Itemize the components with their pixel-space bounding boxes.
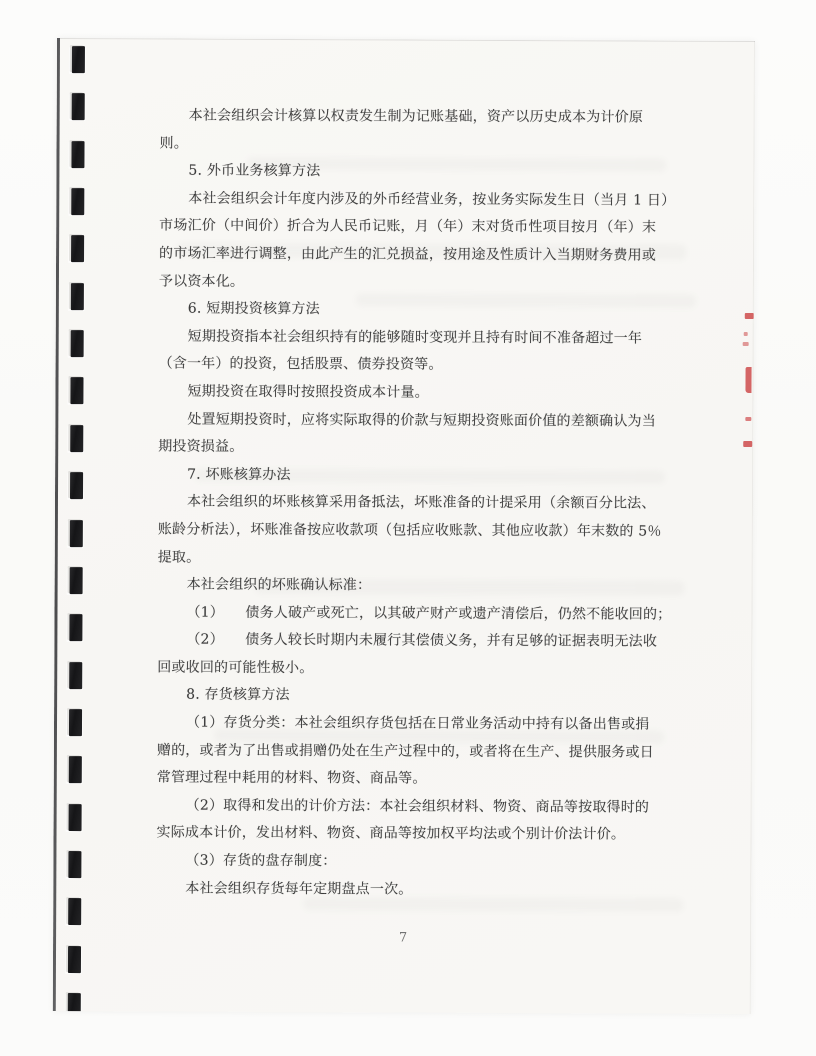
text-line: 的市场汇率进行调整，由此产生的汇兑损益，按用途及性质计入当期财务费用或: [159, 240, 653, 270]
binding-hole: [70, 425, 83, 452]
page-right-edge: [750, 41, 755, 1014]
binding-hole: [71, 235, 84, 262]
seal-mark: [744, 332, 748, 336]
binding-hole: [70, 472, 83, 499]
binding-hole: [72, 93, 85, 120]
binding-hole: [70, 567, 83, 594]
text-line: 市场汇价（中间价）折合为人民币记账，月（年）末对货币性项目按月（年）末: [159, 213, 653, 243]
binding-hole: [69, 614, 82, 641]
text-line: （1）存货分类：本社会组织存货包括在日常业务活动中持有以备出售或捐: [157, 710, 651, 740]
text-line: （含一年）的投资，包括股票、债券投资等。: [159, 351, 653, 381]
page-number: 7: [156, 929, 650, 946]
binding-hole: [68, 898, 81, 925]
binding-hole: [71, 188, 84, 215]
binding-holes: [53, 38, 97, 1011]
seal-mark: [743, 441, 752, 447]
binding-hole: [70, 520, 83, 547]
text-line: （3）存货的盘存制度：: [156, 847, 650, 877]
text-line: 短期投资在取得时按照投资成本计量。: [158, 378, 652, 408]
text-line: 本社会组织的坏账核算采用备抵法，坏账准备的计提采用（余额百分比法、: [158, 489, 652, 519]
text-line: 短期投资指本社会组织持有的能够随时变现并且持有时间不准备超过一年: [159, 323, 653, 353]
text-line: 处置短期投资时，应将实际取得的价款与短期投资账面价值的差额确认为当: [158, 406, 652, 436]
text-line: 本社会组织会计年度内涉及的外币经营业务，按业务实际发生日（当月 1 日）: [159, 185, 653, 215]
scanner-background: 本社会组织会计核算以权责发生制为记账基础，资产以历史成本为计价原则。5. 外币业…: [0, 0, 816, 1056]
binding-hole: [71, 330, 84, 357]
text-line: 本社会组织会计核算以权责发生制为记账基础，资产以历史成本为计价原: [160, 102, 654, 132]
binding-hole: [69, 709, 82, 736]
seal-mark: [745, 367, 751, 393]
seal-mark: [743, 342, 749, 346]
text-line: 予以资本化。: [159, 268, 653, 298]
seal-mark: [745, 417, 751, 421]
text-line: 7. 坏账核算办法: [158, 461, 652, 491]
binding-hole: [71, 141, 84, 168]
text-line: 本社会组织的坏账确认标准：: [158, 572, 652, 602]
binding-hole: [69, 756, 82, 783]
binding-hole: [71, 283, 84, 310]
text-line: 账龄分析法），坏账准备按应收款项（包括应收账款、其他应收款）年末数的 5％: [158, 516, 652, 546]
text-line: 提取。: [158, 544, 652, 574]
scanned-page: 本社会组织会计核算以权责发生制为记账基础，资产以历史成本为计价原则。5. 外币业…: [53, 38, 755, 1014]
page-top-edge: [57, 38, 755, 42]
text-line: 8. 存货核算方法: [157, 682, 651, 712]
text-line: 6. 短期投资核算方法: [159, 296, 653, 326]
text-line: 期投资损益。: [158, 434, 652, 464]
text-line: （1） 债务人破产或死亡，以其破产财产或遗产清偿后，仍然不能收回的；: [157, 599, 651, 629]
text-line: （2） 债务人较长时期内未履行其偿债义务，并有足够的证据表明无法收: [157, 627, 651, 657]
text-line: 常管理过程中耗用的材料、物资、商品等。: [157, 765, 651, 795]
document-text: 本社会组织会计核算以权责发生制为记账基础，资产以历史成本为计价原则。5. 外币业…: [156, 102, 653, 904]
binding-hole: [68, 946, 81, 973]
text-line: 则。: [159, 130, 653, 160]
binding-hole: [68, 993, 81, 1014]
text-line: 本社会组织存货每年定期盘点一次。: [156, 875, 650, 905]
binding-hole: [72, 46, 85, 73]
binding-hole: [69, 804, 82, 831]
binding-hole: [68, 851, 81, 878]
text-line: 赠的，或者为了出售或捐赠仍处在生产过程中的，或者将在生产、提供服务或日: [157, 737, 651, 767]
binding-hole: [69, 662, 82, 689]
binding-hole: [70, 377, 83, 404]
text-line: 实际成本计价，发出材料、物资、商品等按加权平均法或个别计价法计价。: [156, 820, 650, 850]
text-line: 5. 外币业务核算方法: [159, 158, 653, 188]
seal-mark: [745, 313, 754, 319]
text-line: 回或收回的可能性极小。: [157, 654, 651, 684]
text-line: （2）取得和发出的计价方法：本社会组织材料、物资、商品等按取得时的: [157, 792, 651, 822]
